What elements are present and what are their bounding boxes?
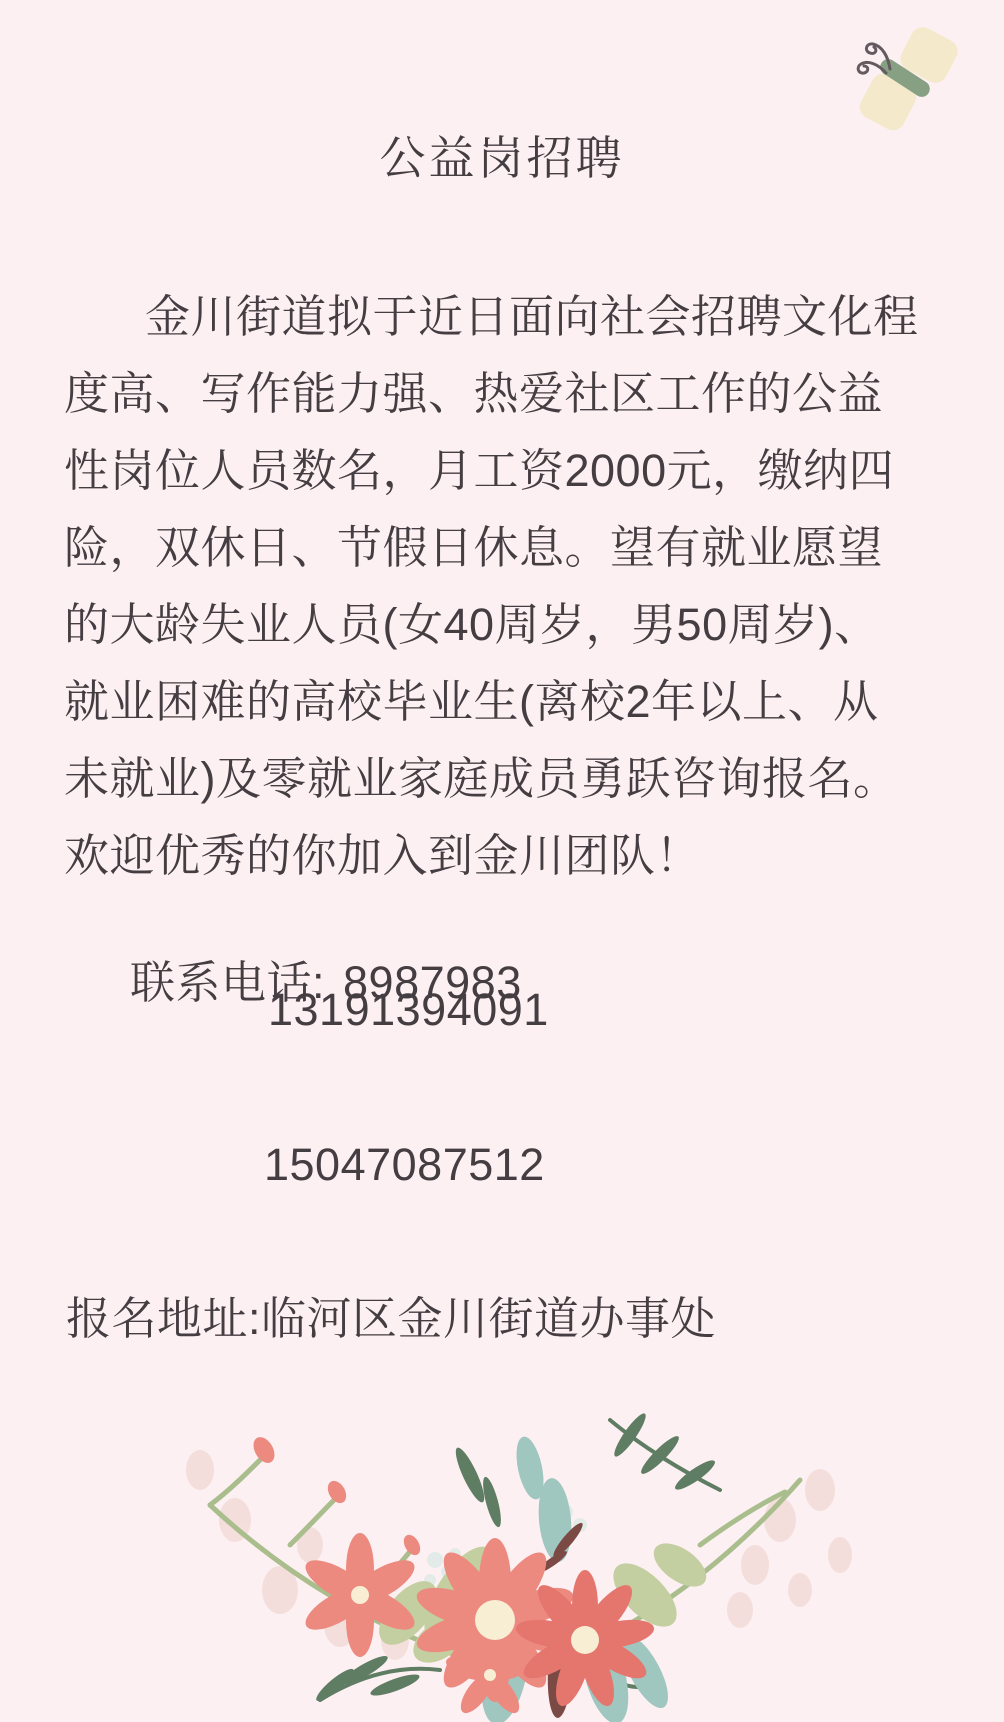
paragraph-line: 欢迎优秀的你加入到金川团队！ [64,831,701,881]
recruitment-notice-page: 公益岗招聘 金川街道拟于近日面向社会招聘文化程 度高、写作能力强、热爱社区工作的… [0,0,1004,1722]
page-title: 公益岗招聘 [0,133,1004,184]
phone-number-3: 15047087512 [264,1140,545,1190]
paragraph-line: 就业困难的高校毕业生(离校2年以上、从 [64,677,879,727]
phone-number-2: 13191394091 [268,985,549,1035]
floral-bouquet-icon [140,1340,860,1722]
paragraph-line: 度高、写作能力强、热爱社区工作的公益 [64,369,883,419]
branch-buds [249,1433,423,1558]
paragraph-line: 金川街道拟于近日面向社会招聘文化程 [145,292,919,342]
paragraph-line: 性岗位人员数名，月工资2000元，缴纳四 [64,446,894,496]
paragraph-line: 的大龄失业人员(女40周岁，男50周岁)、 [64,600,880,650]
paragraph-line: 未就业)及零就业家庭成员勇跃咨询报名。 [64,754,899,804]
paragraph-line: 险，双休日、节假日休息。望有就业愿望 [64,523,883,573]
address-line: 报名地址:临河区金川街道办事处 [66,1294,716,1344]
butterfly-icon [848,26,968,136]
